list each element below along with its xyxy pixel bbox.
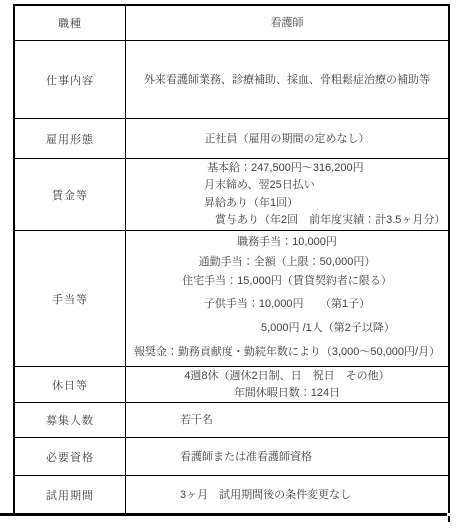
value-line: 基本給：247,500円～316,200円 (126, 160, 448, 178)
row-value: 正社員（雇用の期間の定めなし） (126, 119, 448, 158)
row-value: 看護師 (126, 6, 448, 40)
row-label: 募集人数 (15, 403, 126, 437)
row-label: 雇用形態 (15, 119, 126, 158)
value-line: 正社員（雇用の期間の定めなし） (126, 131, 448, 147)
row-label: 職種 (15, 6, 126, 40)
row-value: 職務手当：10,000円通勤手当：全額（上限：50,000円）住宅手当：15,0… (126, 231, 448, 366)
row-label: 賃金等 (15, 159, 126, 230)
row-value: 若干名 (126, 403, 448, 437)
value-line: 月末締め、翌25日払い (126, 177, 448, 195)
table-row-job-title: 職種 看護師 (15, 6, 448, 40)
value-line: 外来看護師業務、診療補助、採血、骨粗鬆症治療の補助等 (126, 72, 448, 88)
value-line: 3ヶ月 試用期間後の条件変更なし (126, 487, 448, 503)
value-line: 通勤手当：全額（上限：50,000円） (126, 253, 448, 273)
row-value: 基本給：247,500円～316,200円月末締め、翌25日払い昇給あり（年1回… (126, 159, 448, 230)
row-label: 休日等 (15, 367, 126, 402)
row-value: 外来看護師業務、診療補助、採血、骨粗鬆症治療の補助等 (126, 41, 448, 118)
value-line: 看護師または准看護師資格 (126, 449, 448, 465)
row-label: 試用期間 (15, 476, 126, 513)
value-line: 4週8休（週休2日制、日 祝日 その他） (126, 368, 448, 385)
value-line: 住宅手当：15,000円（賃貸契約者に限る） (126, 272, 448, 292)
value-line: 年間休暇日数：124日 (126, 385, 448, 402)
value-line: 看護師 (126, 15, 448, 31)
value-line: 子供手当：10,000円 （第1子） (126, 292, 448, 316)
table-row-job-description: 仕事内容 外来看護師業務、診療補助、採血、骨粗鬆症治療の補助等 (15, 40, 448, 118)
row-value: 看護師または准看護師資格 (126, 438, 448, 475)
table-bottom-rule (0, 513, 447, 516)
table-row-qualifications: 必要資格 看護師または准看護師資格 (15, 437, 448, 475)
value-line: 若干名 (126, 412, 448, 428)
table-row-wages: 賃金等 基本給：247,500円～316,200円月末締め、翌25日払い昇給あり… (15, 158, 448, 230)
table-row-probation: 試用期間 3ヶ月 試用期間後の条件変更なし (15, 475, 448, 513)
document-page: 職種 看護師 仕事内容 外来看護師業務、診療補助、採血、骨粗鬆症治療の補助等 雇… (0, 0, 469, 528)
table-row-openings: 募集人数 若干名 (15, 402, 448, 437)
value-line: 報奨金：勤務貢献度・勤続年数により（3,000～50,000円/月） (126, 340, 448, 364)
value-line: 賞与あり（年2回 前年度実績：計3.5ヶ月分） (126, 212, 448, 230)
row-value: 3ヶ月 試用期間後の条件変更なし (126, 476, 448, 513)
row-label: 必要資格 (15, 438, 126, 475)
value-line: 職務手当：10,000円 (126, 233, 448, 253)
value-line: 5,000円 /1人（第2子以降） (126, 316, 448, 340)
table-row-employment-type: 雇用形態 正社員（雇用の期間の定めなし） (15, 118, 448, 158)
table-right-border-extension (448, 516, 450, 522)
row-value: 4週8休（週休2日制、日 祝日 その他）年間休暇日数：124日 (126, 367, 448, 402)
value-line: 昇給あり（年1回） (126, 195, 448, 213)
job-posting-table: 職種 看護師 仕事内容 外来看護師業務、診療補助、採血、骨粗鬆症治療の補助等 雇… (13, 4, 450, 513)
table-row-allowances: 手当等 職務手当：10,000円通勤手当：全額（上限：50,000円）住宅手当：… (15, 230, 448, 366)
row-label: 手当等 (15, 231, 126, 366)
table-row-holidays: 休日等 4週8休（週休2日制、日 祝日 その他）年間休暇日数：124日 (15, 366, 448, 402)
row-label: 仕事内容 (15, 41, 126, 118)
